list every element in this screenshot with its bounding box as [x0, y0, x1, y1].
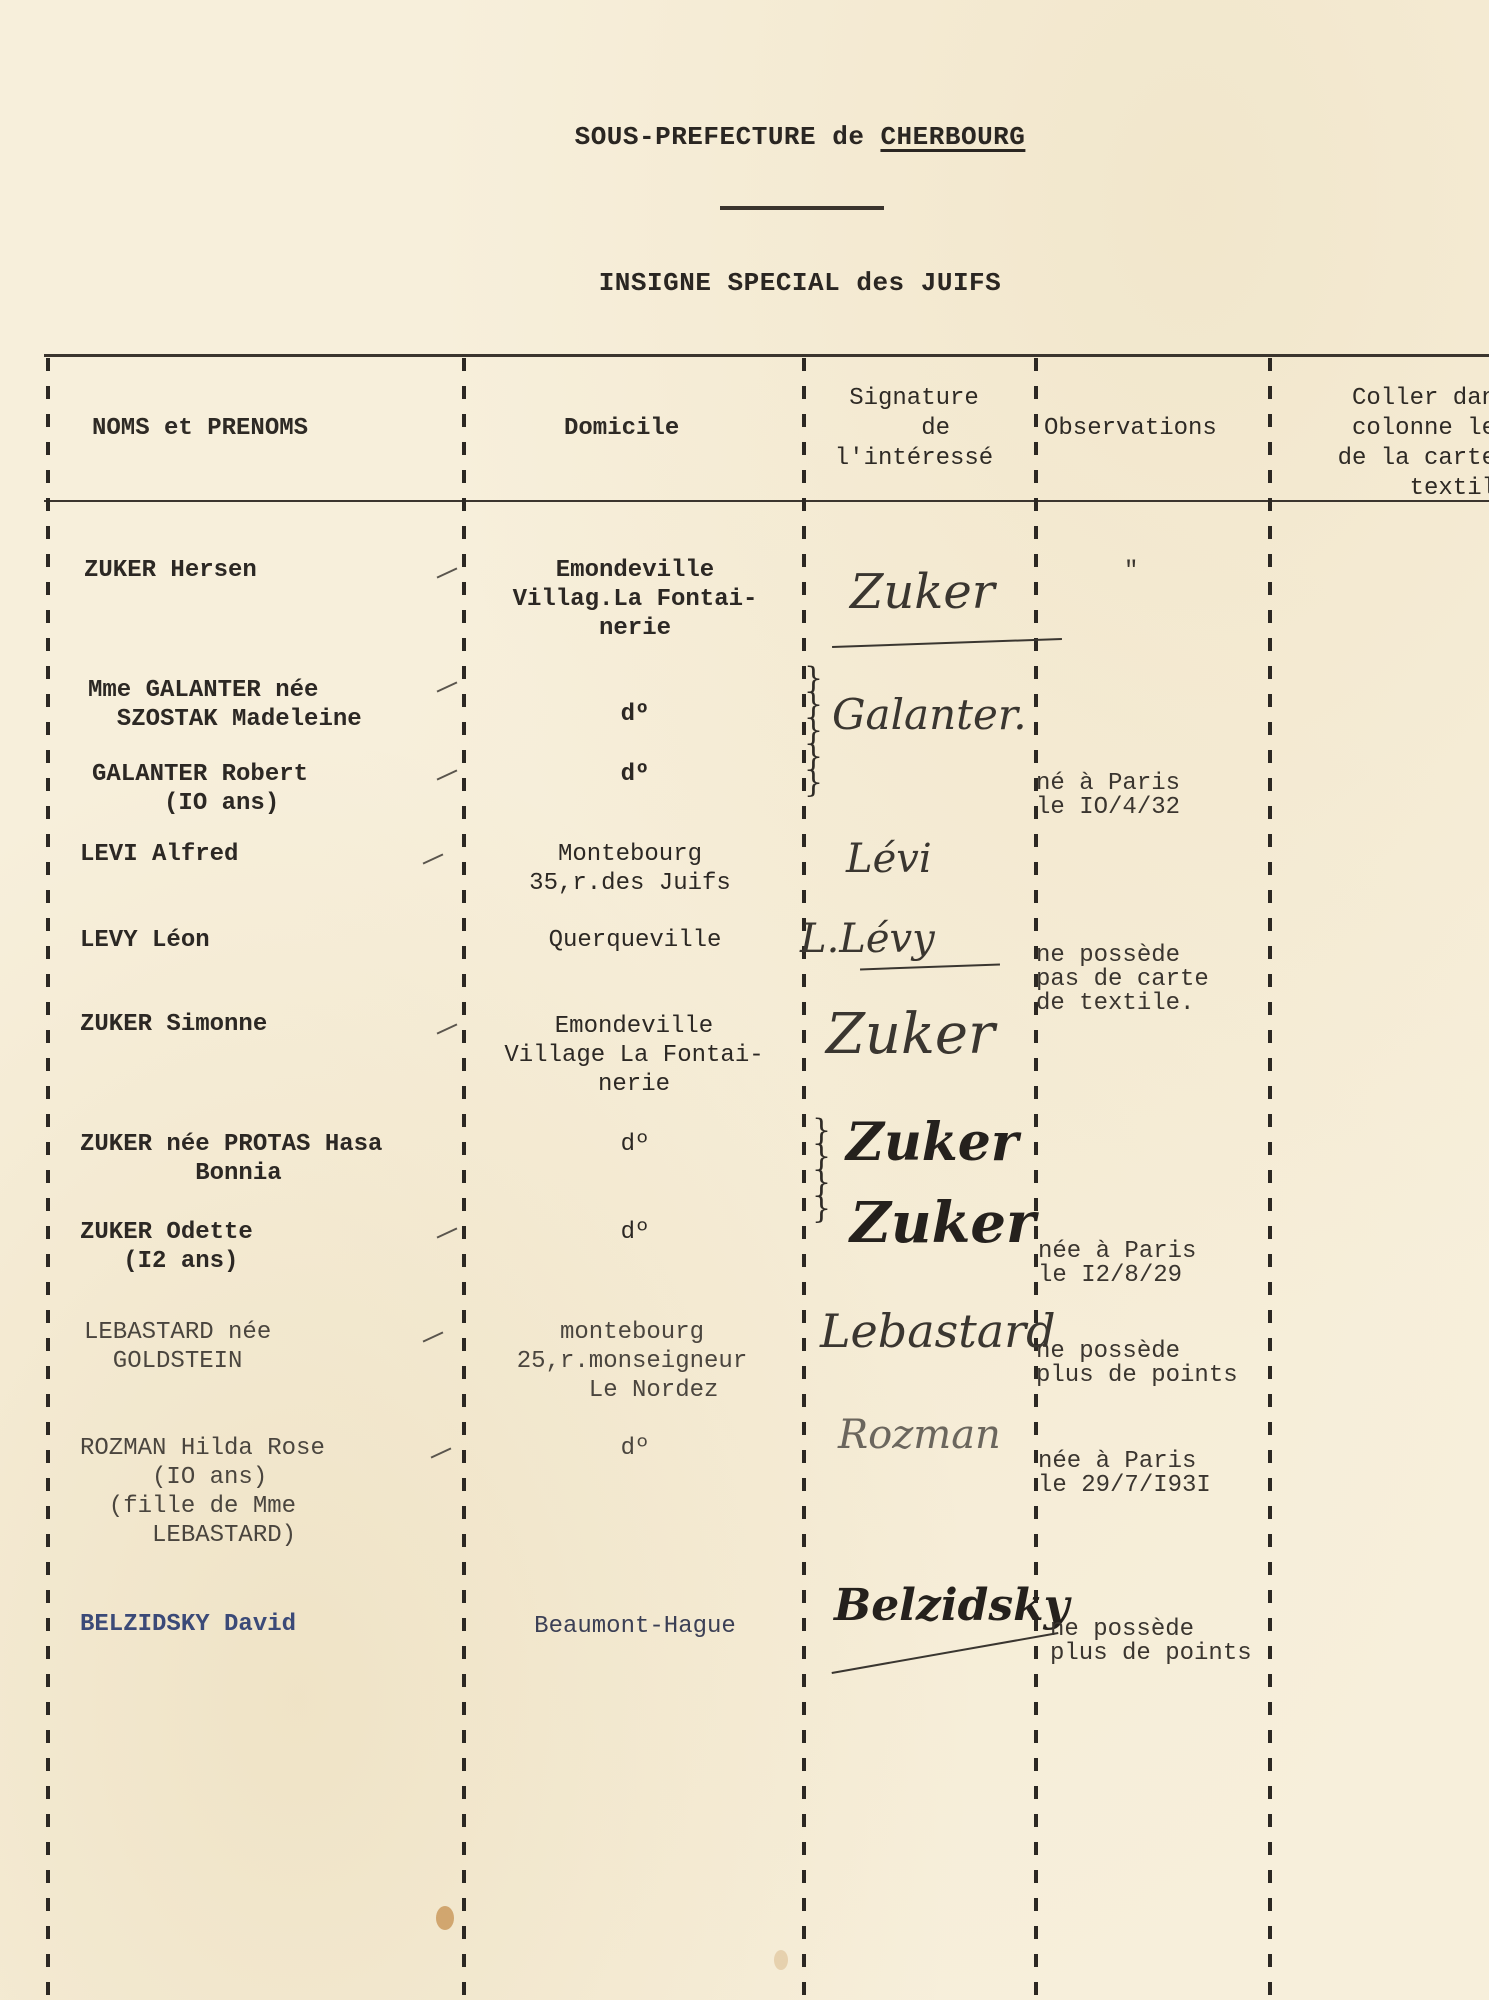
row-name: Mme GALANTER née SZOSTAK Madeleine — [88, 676, 362, 734]
column-header-signature: Signature de l'intéressé — [828, 384, 1000, 474]
row-signature: Zuker — [850, 564, 995, 620]
row-domicile: Emondeville Villag.La Fontai- nerie — [474, 556, 796, 643]
column-header-observations: Observations — [1044, 414, 1217, 444]
check-mark-icon — [431, 1447, 452, 1458]
row-domicile: dº — [474, 1434, 796, 1463]
row-signature: Lévi — [846, 836, 932, 882]
row-signature: Zuker — [850, 1190, 1036, 1256]
row-signature: Belzidsky — [834, 1580, 1069, 1631]
page-title: SOUS-PREFECTURE deCHERBOURG — [0, 122, 1489, 152]
row-domicile: dº — [474, 700, 796, 729]
column-divider — [1034, 358, 1038, 2000]
row-name: LEBASTARD née GOLDSTEIN — [84, 1318, 271, 1376]
table-top-rule — [44, 354, 1489, 357]
row-signature: Lebastard — [820, 1304, 1056, 1358]
row-domicile: Montebourg 35,r.des Juifs — [464, 840, 796, 898]
row-observations: ne possède plus de points — [1036, 1340, 1238, 1388]
row-name: ZUKER Odette (I2 ans) — [80, 1218, 253, 1276]
check-mark-icon — [423, 1331, 444, 1342]
column-divider — [802, 358, 806, 2000]
column-divider — [1268, 358, 1272, 2000]
row-signature: Rozman — [838, 1412, 1001, 1458]
table-header-rule — [44, 500, 1489, 502]
row-domicile: Querqueville — [474, 926, 796, 955]
row-name: ZUKER Simonne — [80, 1010, 267, 1039]
row-observations: né à Paris le IO/4/32 — [1036, 772, 1180, 820]
check-mark-icon — [437, 1227, 458, 1238]
row-signature: Galanter. — [832, 690, 1027, 739]
row-name: LEVI Alfred — [80, 840, 238, 869]
title-divider — [720, 206, 884, 210]
bracket-icon: } } } } } — [804, 666, 823, 796]
title-city: CHERBOURG — [880, 122, 1025, 152]
bracket-icon: } } } } — [812, 1118, 831, 1222]
document-page: SOUS-PREFECTURE deCHERBOURG INSIGNE SPEC… — [0, 0, 1489, 2000]
row-observations: ne possède plus de points — [1050, 1618, 1252, 1666]
column-header-domicile: Domicile — [564, 414, 679, 444]
check-mark-icon — [437, 567, 458, 578]
check-mark-icon — [437, 1023, 458, 1034]
row-observations: née à Paris le I2/8/29 — [1038, 1240, 1196, 1288]
row-name: LEVY Léon — [80, 926, 210, 955]
check-mark-icon — [437, 681, 458, 692]
signature-underline — [860, 964, 1000, 971]
row-domicile: montebourg 25,r.monseigneur Le Nordez — [460, 1318, 804, 1405]
column-header-names: NOMS et PRENOMS — [92, 414, 308, 444]
row-signature: Zuker — [826, 1002, 995, 1067]
signature-underline — [832, 1632, 1059, 1674]
row-name: ROZMAN Hilda Rose (IO ans) (fille de Mme… — [80, 1434, 325, 1550]
row-domicile: Emondeville Village La Fontai- nerie — [464, 1012, 804, 1099]
paper-stain — [436, 1906, 454, 1930]
check-mark-icon — [423, 853, 444, 864]
row-name: ZUKER Hersen — [84, 556, 257, 585]
paper-stain — [774, 1950, 788, 1970]
row-domicile: dº — [474, 760, 796, 789]
row-name: ZUKER née PROTAS Hasa Bonnia — [80, 1130, 382, 1188]
row-name: GALANTER Robert (IO ans) — [92, 760, 308, 818]
page-subtitle: INSIGNE SPECIAL des JUIFS — [0, 268, 1489, 298]
signature-underline — [832, 638, 1062, 648]
row-signature: L.Lévy — [800, 916, 935, 962]
row-domicile: dº — [474, 1130, 796, 1159]
row-observations: ne possède pas de carte de textile. — [1036, 944, 1209, 1016]
column-header-textile-card: Coller dan colonne le de la carte textil — [1296, 384, 1489, 504]
title-prefix: SOUS-PREFECTURE de — [575, 122, 865, 152]
column-divider — [46, 358, 50, 2000]
row-observations: " — [1124, 560, 1138, 584]
row-domicile: dº — [474, 1218, 796, 1247]
row-observations: née à Paris le 29/7/I93I — [1038, 1450, 1211, 1498]
row-domicile: Beaumont-Hague — [474, 1612, 796, 1641]
row-name: BELZIDSKY David — [80, 1610, 296, 1639]
column-divider — [462, 358, 466, 2000]
row-signature: Zuker — [846, 1112, 1018, 1173]
check-mark-icon — [437, 769, 458, 780]
